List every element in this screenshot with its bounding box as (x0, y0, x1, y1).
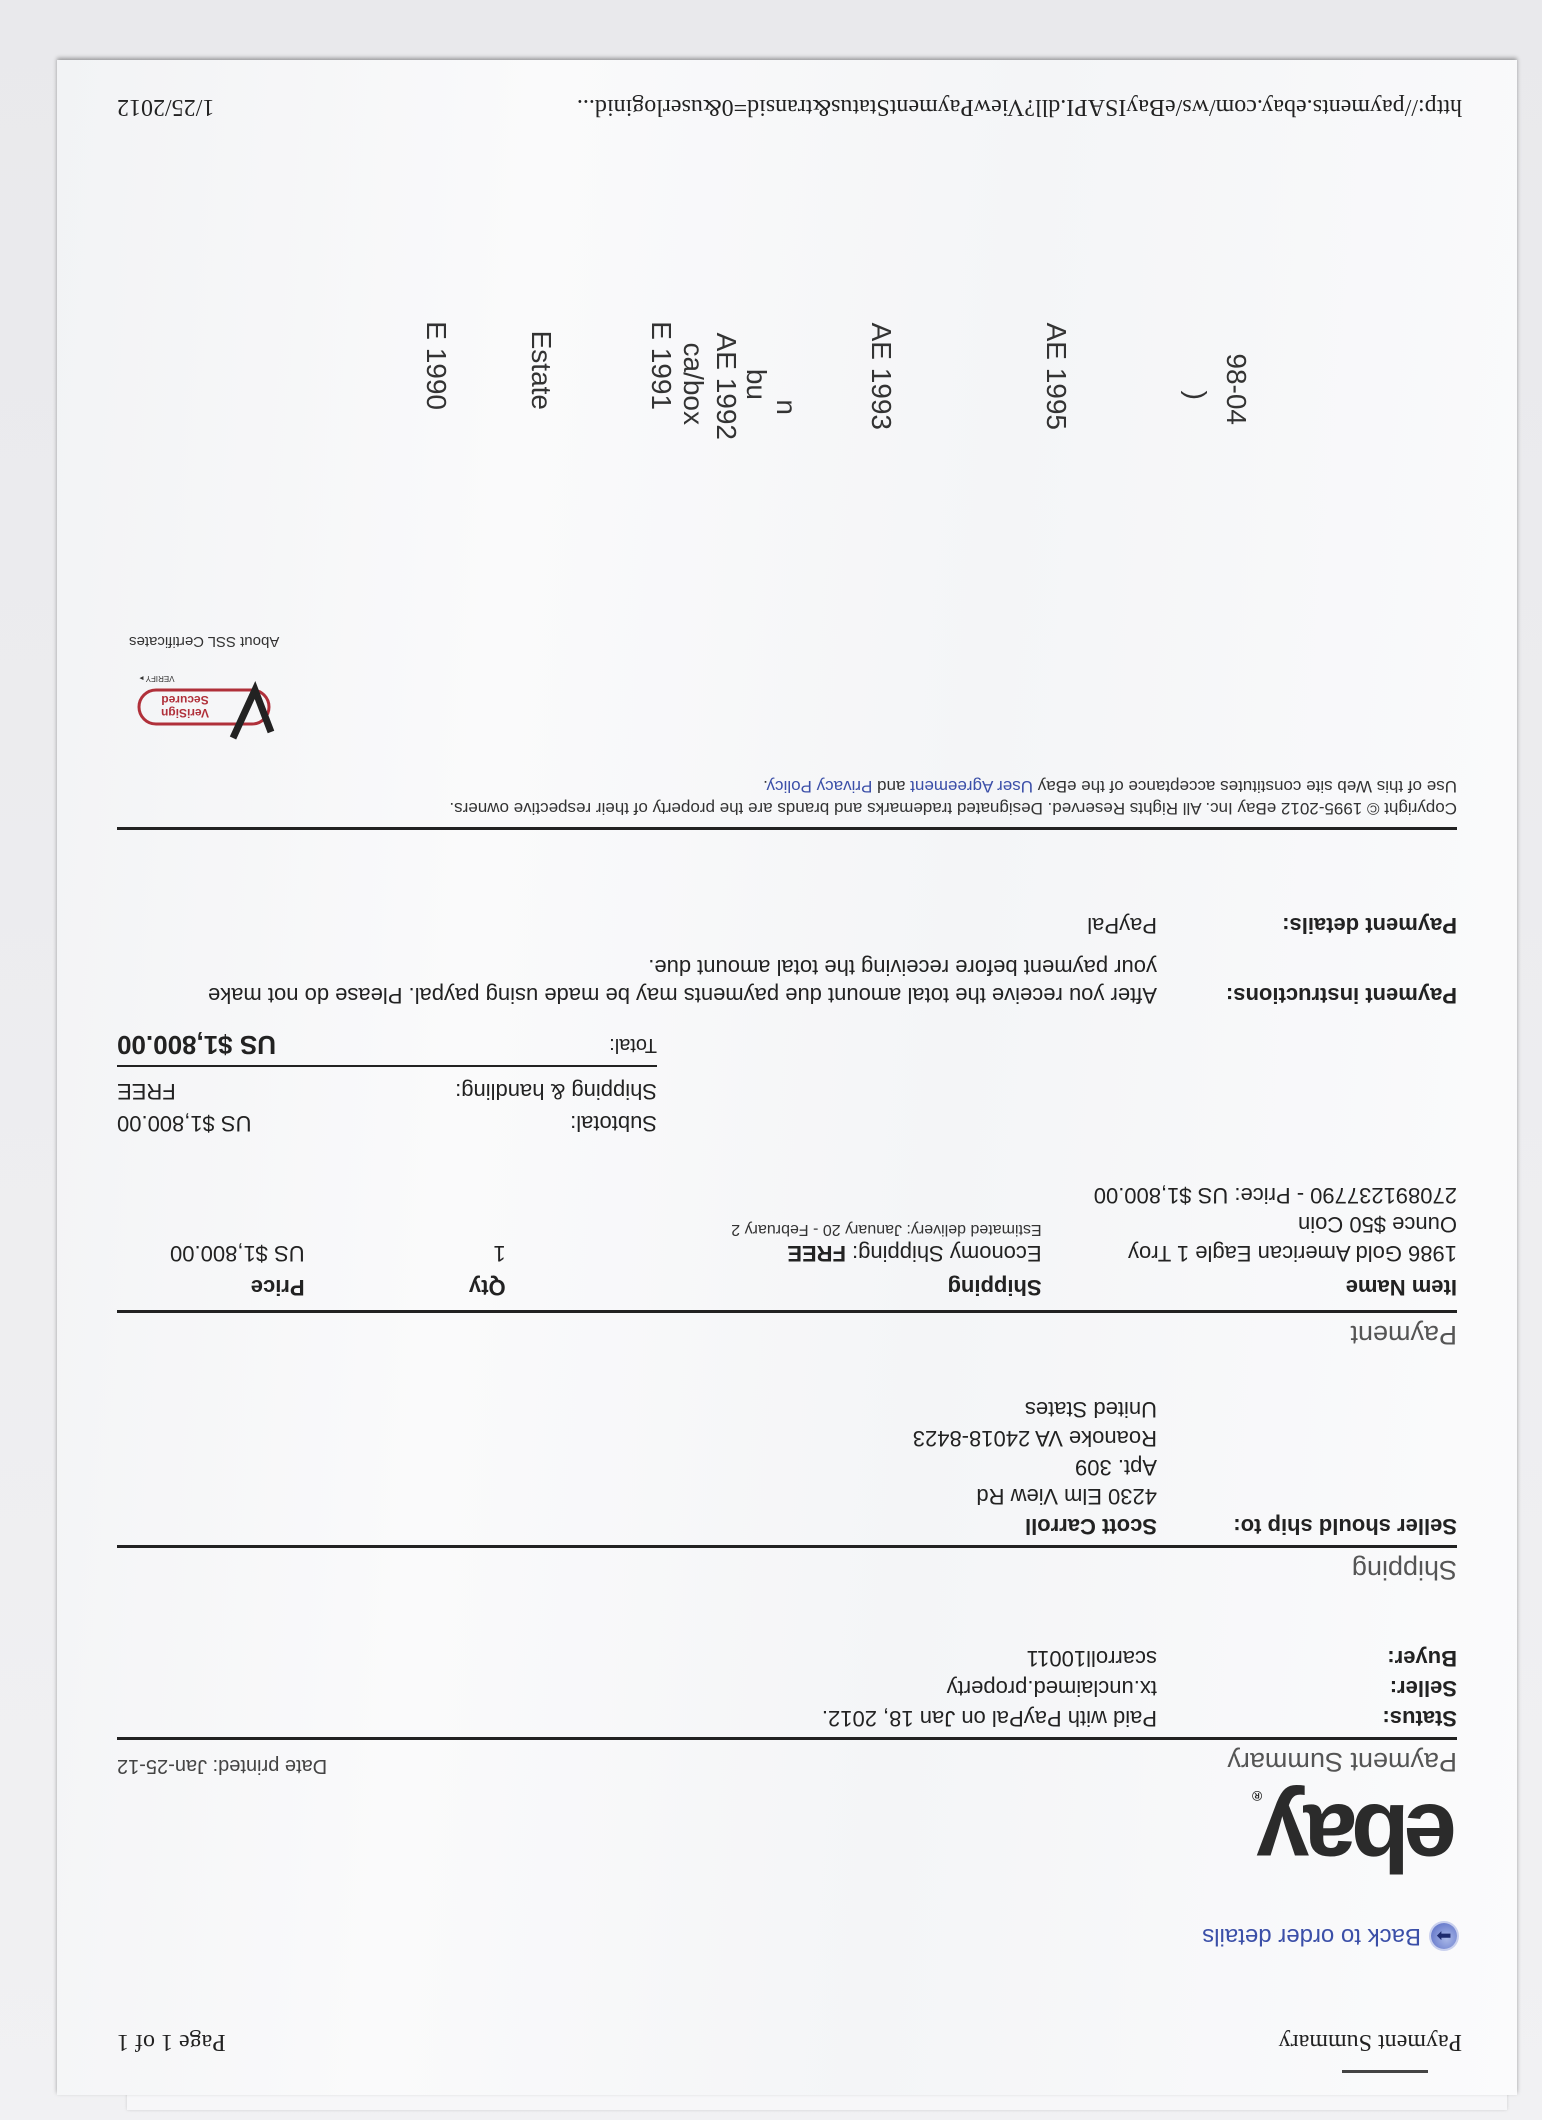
print-header: Payment Summary Page 1 of 1 (117, 2028, 1462, 2055)
print-date: 1/25/2012 (117, 93, 214, 120)
payment-instructions-value: After you receive the total amount due p… (177, 953, 1157, 1009)
verisign-label: VeriSign (161, 706, 209, 720)
shipping-method-label: Economy Shipping: (846, 1241, 1042, 1266)
items-table: Item Name Shipping Qty Price 1986 Gold A… (117, 1179, 1457, 1306)
ship-to-name: Scott Carroll (117, 1511, 1157, 1541)
shipping-section: Shipping Seller should ship to:Scott Car… (117, 1395, 1457, 1585)
address-line-3: Roanoke VA 24018-8423 (117, 1424, 1157, 1453)
verisign-secured-label: Secured (161, 693, 208, 707)
seller-value: tx.unclaimed.property (117, 1673, 1157, 1703)
bleed-text: AE 1995 (1040, 323, 1072, 430)
copyright-text: Copyright © 1995-2012 eBay Inc. All Righ… (117, 797, 1457, 819)
address-line-4: United States (117, 1395, 1157, 1424)
shipping-method: Economy Shipping: FREE (506, 1239, 1042, 1268)
shipping-handling-row: Shipping & handling:FREE (117, 1075, 657, 1107)
estimated-delivery: Estimated delivery: January 20 - Februar… (506, 1219, 1042, 1239)
payment-section: Payment Item Name Shipping Qty Price 198… (117, 911, 1457, 1350)
payment-details-row: Payment details:PayPal (117, 911, 1457, 939)
price-cell: US $1,800.00 (117, 1179, 305, 1270)
item-name-line2: Ounce $50 Coin (1042, 1210, 1457, 1239)
verisign-secured-seal[interactable]: VeriSign Secured VERIFY ▸ (127, 672, 277, 742)
item-name-line1: 1986 Gold American Eagle 1 Troy (1042, 1239, 1457, 1268)
seller-row: Seller:tx.unclaimed.property (117, 1673, 1457, 1703)
ship-to-label: Seller should ship to: (1157, 1511, 1457, 1541)
terms-prefix: Use of this Web site constitutes accepta… (1033, 777, 1457, 796)
bleed-text: AE 1992 (710, 333, 742, 440)
print-page-number: Page 1 of 1 (117, 2028, 226, 2055)
total-value: US $1,800.00 (117, 1029, 276, 1061)
bleed-text: ca/box (677, 343, 709, 426)
printed-page: Payment Summary Page 1 of 1 ➡ Back to or… (57, 60, 1517, 2095)
address-line-1: 4230 Elm View Rd (117, 1482, 1157, 1511)
shipping-title: Shipping (117, 1545, 1457, 1585)
payment-instructions-row: Payment instructions:After you receive t… (117, 953, 1457, 1009)
status-label: Status: (1157, 1703, 1457, 1733)
shipping-handling-value: FREE (117, 1075, 176, 1107)
shipping-cell: Economy Shipping: FREE Estimated deliver… (506, 1179, 1042, 1270)
subtotal-label: Subtotal: (570, 1107, 657, 1139)
scanned-document: Payment Summary Page 1 of 1 ➡ Back to or… (0, 0, 1542, 2120)
status-row: Status:Paid with PayPal on Jan 18, 2012. (117, 1703, 1457, 1733)
terms-text: Use of this Web site constitutes accepta… (117, 775, 1457, 797)
subtotal-value: US $1,800.00 (117, 1107, 252, 1139)
logo-text: ebay (1262, 1784, 1457, 1891)
col-item-name: Item Name (1042, 1270, 1457, 1306)
payment-instructions-label: Payment instructions: (1157, 953, 1457, 1009)
terms-and: and (872, 777, 910, 796)
bleed-text: 98-04 (1220, 353, 1252, 425)
buyer-label: Buyer: (1157, 1643, 1457, 1673)
seller-label: Seller: (1157, 1673, 1457, 1703)
address-line-2: Apt. 309 (117, 1453, 1157, 1482)
status-value: Paid with PayPal on Jan 18, 2012. (117, 1703, 1157, 1733)
total-row: Total:US $1,800.00 (117, 1029, 657, 1067)
qty-cell: 1 (305, 1179, 506, 1270)
shipping-handling-label: Shipping & handling: (455, 1075, 657, 1107)
terms-period: . (763, 777, 768, 796)
subtotal-row: Subtotal:US $1,800.00 (117, 1107, 657, 1139)
col-qty: Qty (305, 1270, 506, 1306)
col-price: Price (117, 1270, 305, 1306)
payment-details-label: Payment details: (1157, 911, 1457, 939)
buyer-row: Buyer:scarroll10011 (117, 1643, 1457, 1673)
items-header-row: Item Name Shipping Qty Price (117, 1270, 1457, 1306)
back-link-label: Back to order details (1202, 1922, 1421, 1950)
bleed-text: E 1990 (420, 321, 452, 410)
buyer-value: scarroll10011 (117, 1643, 1157, 1673)
print-url: http://payments.ebay.com/ws/eBayISAPI.dl… (577, 93, 1462, 120)
payment-title: Payment (117, 1310, 1457, 1350)
ebay-logo[interactable]: ebay® (1252, 1789, 1457, 1885)
bleed-through-text: 98-04 ) AE 1995 AE 1993 n bu AE 1992 ca/… (57, 125, 1517, 625)
print-header-title: Payment Summary (1279, 2028, 1462, 2055)
summary-fields: Status:Paid with PayPal on Jan 18, 2012.… (117, 1643, 1457, 1733)
payment-details-value: PayPal (177, 911, 1157, 939)
bleed-text: bu (740, 369, 772, 400)
bleed-text: Estate (525, 331, 557, 410)
bleed-text: AE 1993 (865, 323, 897, 430)
tab-mark (1342, 2070, 1428, 2073)
arrow-right-circle-icon: ➡ (1431, 1923, 1457, 1949)
back-to-order-details-link[interactable]: ➡ Back to order details (1202, 1922, 1457, 1950)
shipping-method-value: FREE (787, 1241, 846, 1266)
col-shipping: Shipping (506, 1270, 1042, 1306)
bleed-text: ) (1180, 391, 1212, 400)
user-agreement-link[interactable]: User Agreement (910, 777, 1033, 796)
registered-mark: ® (1252, 1788, 1262, 1804)
privacy-policy-link[interactable]: Privacy Policy (768, 777, 873, 796)
verisign-verify-label: VERIFY ▸ (140, 674, 175, 683)
total-label: Total: (609, 1029, 657, 1061)
item-reference: 270891237790 - Price: US $1,800.00 (1042, 1181, 1457, 1210)
about-ssl-certificates-link[interactable]: About SSL Certificates (129, 630, 279, 652)
bleed-text: n (770, 399, 802, 415)
item-name-cell: 1986 Gold American Eagle 1 Troy Ounce $5… (1042, 1179, 1457, 1270)
table-row: 1986 Gold American Eagle 1 Troy Ounce $5… (117, 1179, 1457, 1270)
totals-block: Subtotal:US $1,800.00 Shipping & handlin… (117, 1029, 657, 1139)
date-printed: Date printed: Jan-25-12 (117, 1754, 327, 1777)
print-footer: http://payments.ebay.com/ws/eBayISAPI.dl… (117, 93, 1462, 120)
bleed-text: E 1991 (645, 321, 677, 410)
page-footer: Copyright © 1995-2012 eBay Inc. All Righ… (117, 775, 1457, 830)
ship-to-row: Seller should ship to:Scott Carroll (117, 1511, 1457, 1541)
